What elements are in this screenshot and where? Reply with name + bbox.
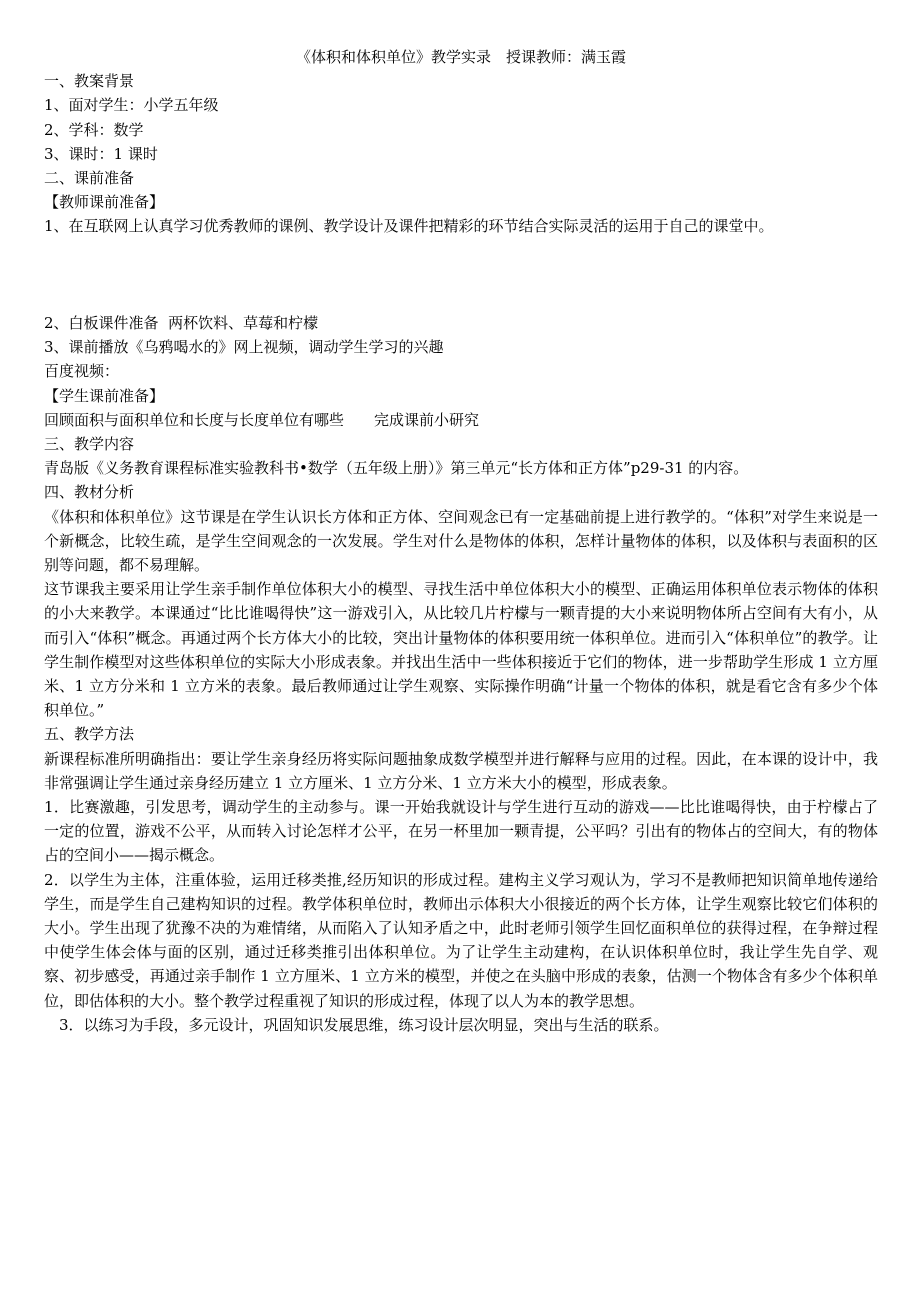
method-point: 1．比赛激趣，引发思考，调动学生的主动参与。课一开始我就设计与学生进行互动的游戏… xyxy=(44,795,878,868)
teacher-prep-heading: 【教师课前准备】 xyxy=(44,190,878,214)
blank-space xyxy=(44,239,878,312)
analysis-paragraph: 《体积和体积单位》这节课是在学生认识长方体和正方体、空间观念已有一定基础前提上进… xyxy=(44,505,878,578)
method-intro: 新课程标准所明确指出：要让学生亲身经历将实际问题抽象成数学模型并进行解释与应用的… xyxy=(44,747,878,795)
background-item: 3、课时：1 课时 xyxy=(44,142,878,166)
background-item: 1、面对学生：小学五年级 xyxy=(44,93,878,117)
section-heading-content: 三、教学内容 xyxy=(44,432,878,456)
section-heading-analysis: 四、教材分析 xyxy=(44,480,878,504)
section-heading-method: 五、教学方法 xyxy=(44,722,878,746)
teacher-prep-item: 3、课前播放《乌鸦喝水的》网上视频，调动学生学习的兴趣 xyxy=(44,335,878,359)
teaching-content: 青岛版《义务教育课程标准实验教科书•数学（五年级上册）》第三单元“长方体和正方体… xyxy=(44,456,878,480)
section-heading-background: 一、教案背景 xyxy=(44,69,878,93)
teacher-prep-item: 2、白板课件准备 两杯饮料、草莓和柠檬 xyxy=(44,311,878,335)
student-prep-heading: 【学生课前准备】 xyxy=(44,384,878,408)
student-prep-item: 回顾面积与面积单位和长度与长度单位有哪些 完成课前小研究 xyxy=(44,408,878,432)
analysis-paragraph: 这节课我主要采用让学生亲手制作单位体积大小的模型、寻找生活中单位体积大小的模型、… xyxy=(44,577,878,722)
background-item: 2、学科：数学 xyxy=(44,118,878,142)
method-point: 3．以练习为手段，多元设计，巩固知识发展思维，练习设计层次明显，突出与生活的联系… xyxy=(44,1013,878,1037)
document-title: 《体积和体积单位》教学实录 授课教师：满玉霞 xyxy=(44,45,878,69)
section-heading-preparation: 二、课前准备 xyxy=(44,166,878,190)
document-page: 《体积和体积单位》教学实录 授课教师：满玉霞 一、教案背景 1、面对学生：小学五… xyxy=(44,45,878,1037)
teacher-prep-item: 1、在互联网上认真学习优秀教师的课例、教学设计及课件把精彩的环节结合实际灵活的运… xyxy=(44,214,878,238)
method-point: 2．以学生为主体，注重体验，运用迁移类推,经历知识的形成过程。建构主义学习观认为… xyxy=(44,868,878,1013)
video-label: 百度视频： xyxy=(44,359,878,383)
